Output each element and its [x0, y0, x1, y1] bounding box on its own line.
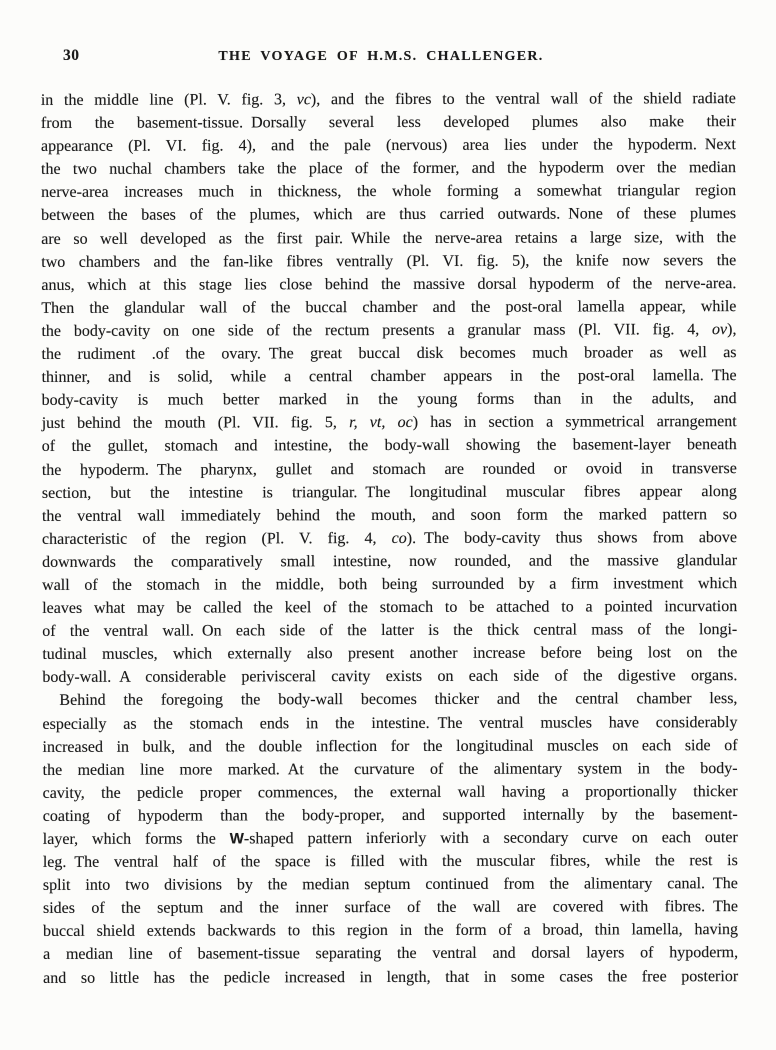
- text-line: just behind the mouth (Pl. VII. fig. 5, …: [42, 410, 737, 435]
- text-line: body-cavity is much better marked in the…: [42, 387, 737, 412]
- text-line: body-wall. A considerable perivisceral c…: [42, 664, 737, 689]
- text-line: a median line of basement-tissue separat…: [43, 942, 738, 967]
- text-line: sides of the septum and the inner surfac…: [43, 895, 738, 920]
- text-line: between the bases of the plumes, which a…: [41, 203, 736, 228]
- text-line: in the middle line (Pl. V. fig. 3, vc), …: [41, 87, 736, 112]
- text-line: wall of the stomach in the middle, both …: [42, 572, 737, 597]
- text-line: Then the glandular wall of the buccal ch…: [41, 295, 736, 320]
- book-page: 30 THE VOYAGE OF H.M.S. CHALLENGER. in t…: [0, 0, 776, 1050]
- text-line: coating of hypoderm than the body-proper…: [43, 803, 738, 828]
- page-body: in the middle line (Pl. V. fig. 3, vc), …: [41, 87, 738, 989]
- text-line: cavity, the pedicle proper commences, th…: [43, 780, 738, 805]
- text-line: the ventral wall immediately behind the …: [42, 503, 737, 528]
- text-line: the two nuchal chambers take the place o…: [41, 156, 736, 181]
- text-line: section, but the intestine is triangular…: [42, 480, 737, 505]
- text-line: the rudiment .of the ovary. The great bu…: [41, 341, 736, 366]
- text-line: tudinal muscles, which externally also p…: [42, 641, 737, 666]
- text-line: Behind the foregoing the body-wall becom…: [42, 688, 737, 713]
- text-line: the hypoderm. The pharynx, gullet and st…: [42, 457, 737, 482]
- running-title: THE VOYAGE OF H.M.S. CHALLENGER.: [0, 49, 762, 65]
- text-line: nerve-area increases much in thickness, …: [41, 179, 736, 204]
- text-line: the median line more marked. At the curv…: [43, 757, 738, 782]
- text-line: thinner, and is solid, while a central c…: [42, 364, 737, 389]
- text-line: two chambers and the fan-like fibres ven…: [41, 249, 736, 274]
- text-line: downwards the comparatively small intest…: [42, 549, 737, 574]
- text-line: anus, which at this stage lies close beh…: [41, 272, 736, 297]
- text-line: split into two divisions by the median s…: [43, 872, 738, 897]
- text-line: layer, which forms the W-shaped pattern …: [43, 826, 738, 851]
- text-line: buccal shield extends backwards to this …: [43, 918, 738, 943]
- text-line: characteristic of the region (Pl. V. fig…: [42, 526, 737, 551]
- text-line: and so little has the pedicle increased …: [43, 965, 738, 990]
- text-line: are so well developed as the first pair.…: [41, 226, 736, 251]
- text-line: of the gullet, stomach and intestine, th…: [42, 433, 737, 458]
- text-line: leg. The ventral half of the space is fi…: [43, 849, 738, 874]
- text-line: the body-cavity on one side of the rectu…: [41, 318, 736, 343]
- text-line: appearance (Pl. VI. fig. 4), and the pal…: [41, 133, 736, 158]
- text-line: of the ventral wall. On each side of the…: [42, 618, 737, 643]
- text-line: from the basement-tissue. Dorsally sever…: [41, 110, 736, 135]
- text-line: increased in bulk, and the double inflec…: [43, 734, 738, 759]
- text-line: especially as the stomach ends in the in…: [42, 711, 737, 736]
- text-line: leaves what may be called the keel of th…: [42, 595, 737, 620]
